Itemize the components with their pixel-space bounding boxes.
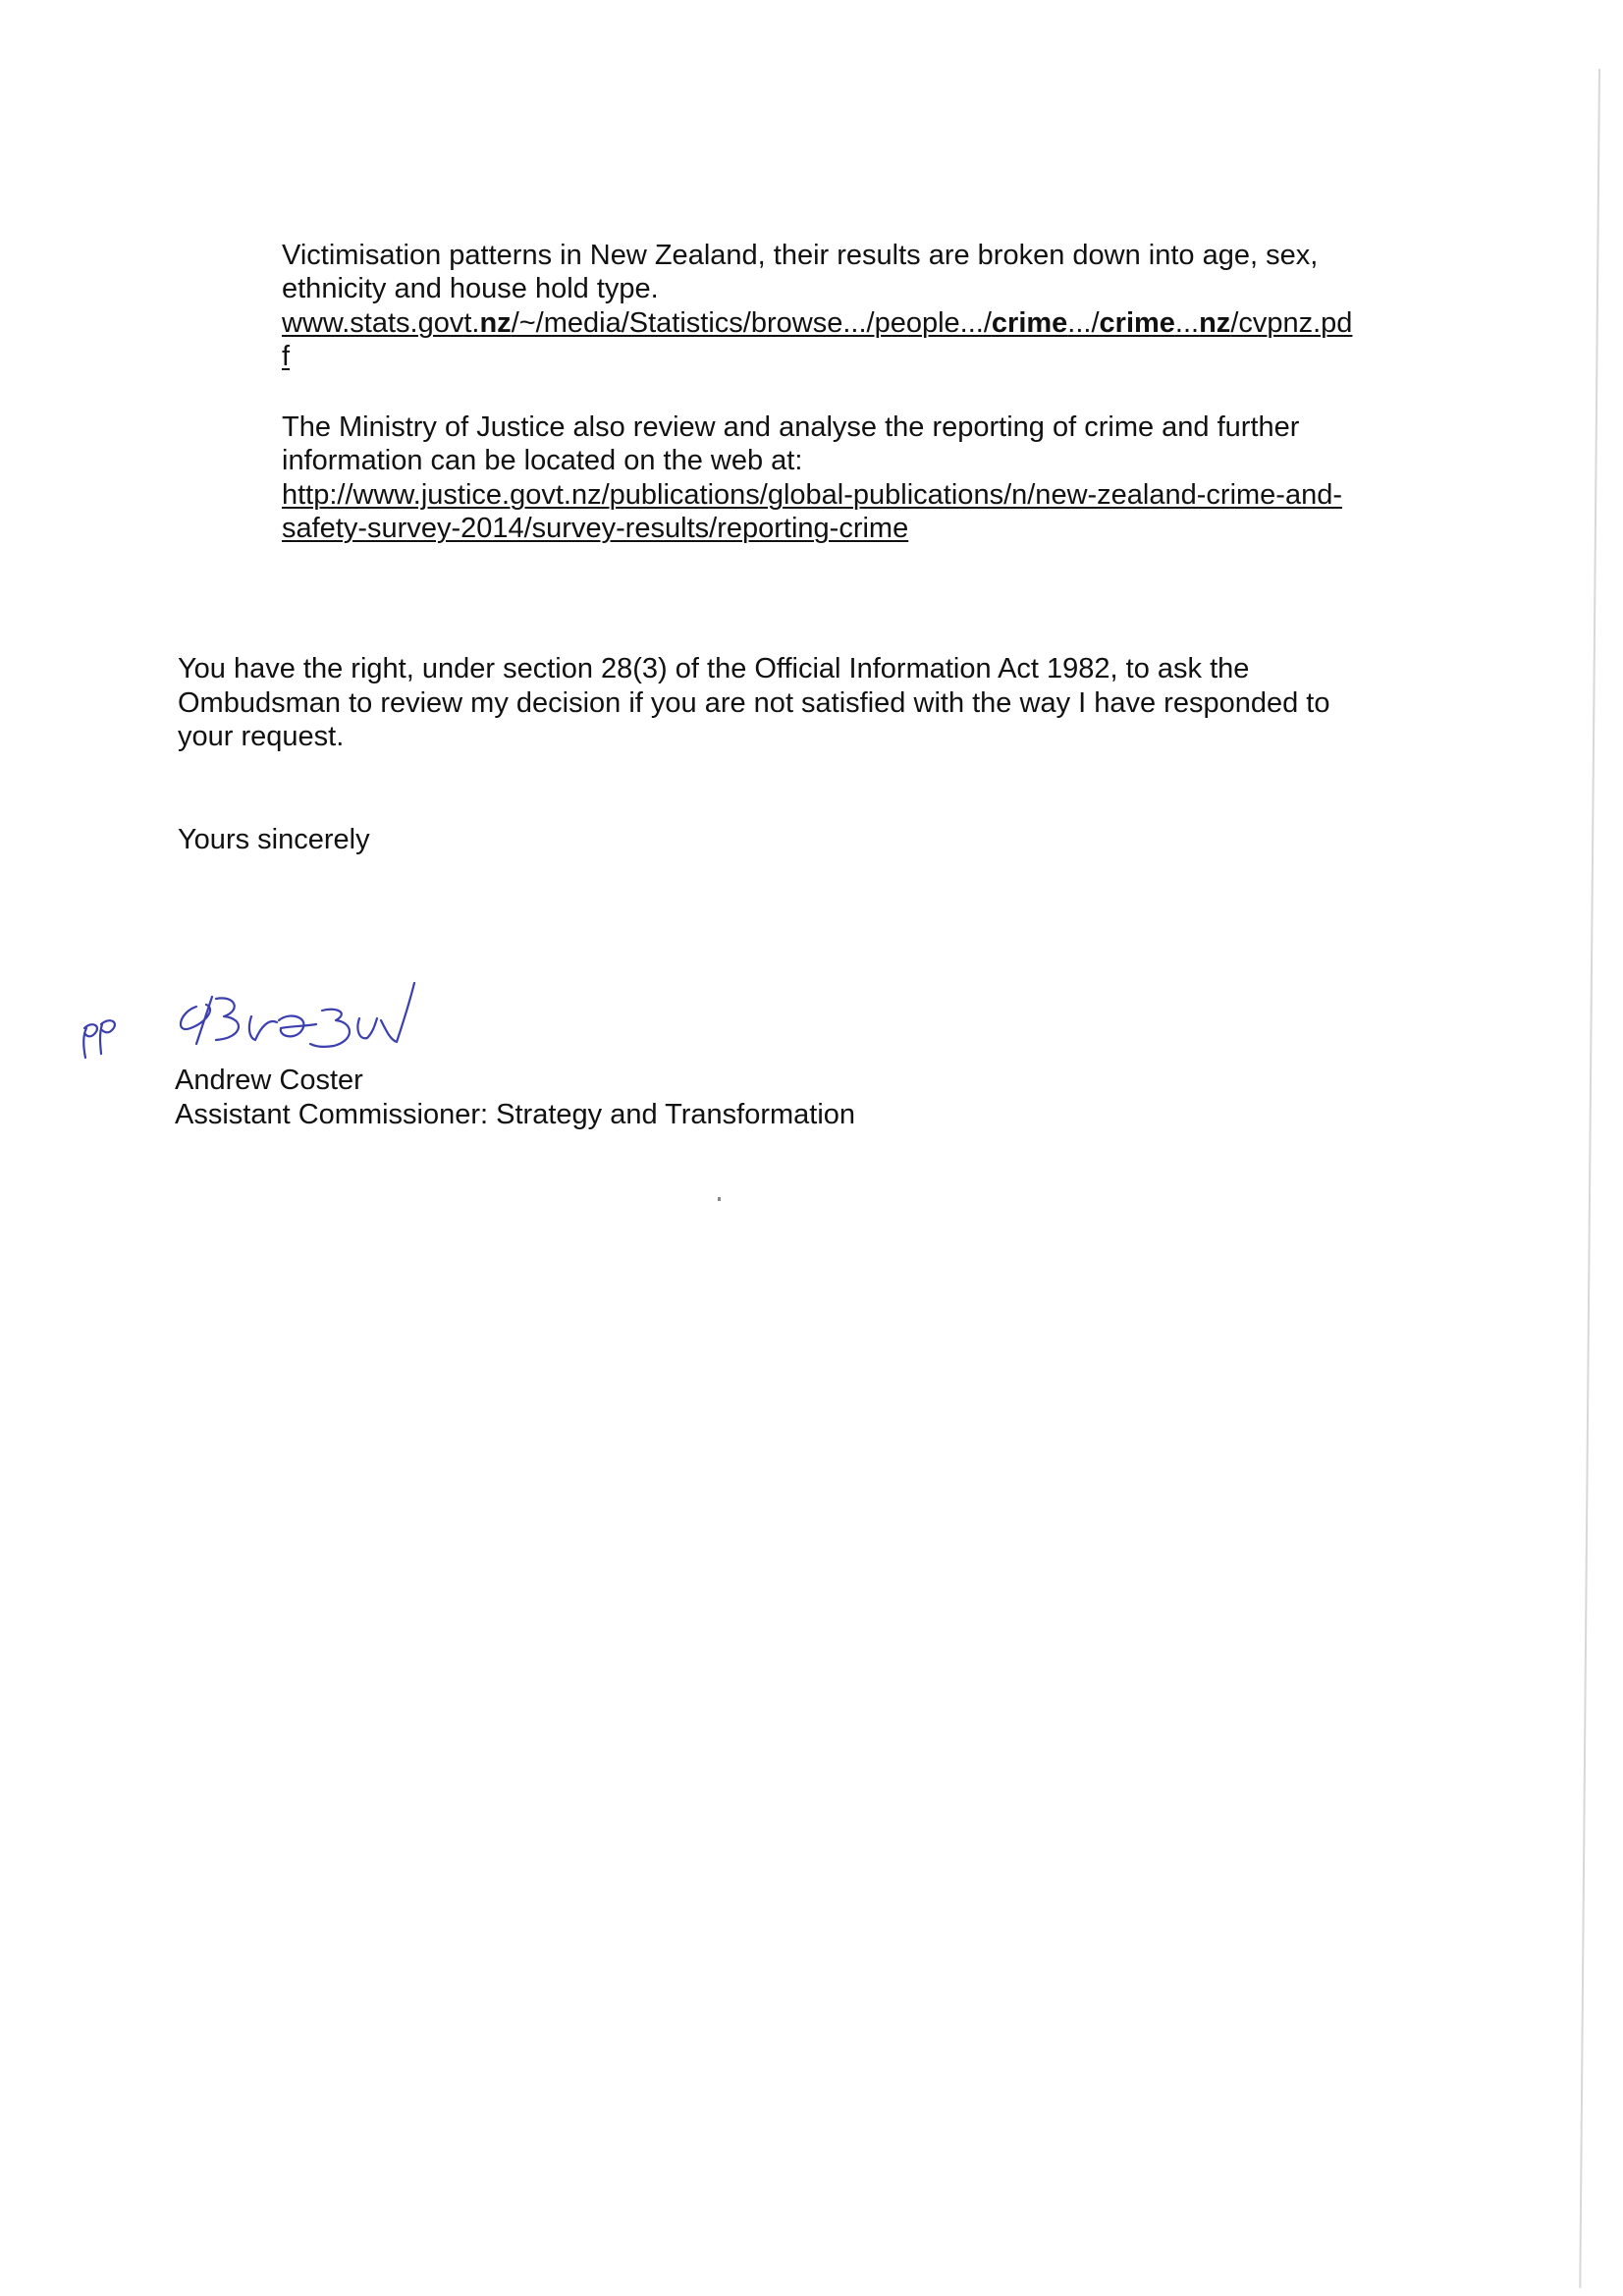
stats-nz-link[interactable]: www.stats.govt.nz/~/media/Statistics/bro… (282, 306, 1352, 340)
stats-nz-link-wrap[interactable]: f (282, 340, 290, 373)
link-segment: www.stats.govt. (282, 307, 479, 339)
link-segment: .../ (1067, 307, 1099, 339)
paragraph-line: Victimisation patterns in New Zealand, t… (282, 239, 1318, 272)
handwritten-signature (69, 967, 579, 1075)
link-segment: /cvpnz.pd (1230, 307, 1352, 339)
link-segment: nz (1199, 307, 1230, 339)
paragraph-line: ethnicity and house hold type. (282, 272, 659, 305)
paragraph-line: The Ministry of Justice also review and … (282, 410, 1299, 444)
paragraph-line: You have the right, under section 28(3) … (178, 652, 1249, 685)
link-segment: ... (1175, 307, 1199, 339)
signatory-name: Andrew Coster (175, 1064, 363, 1097)
paragraph-line: information can be located on the web at… (282, 444, 802, 477)
scan-speck (718, 1197, 721, 1201)
paragraph-line: your request. (178, 720, 344, 753)
paragraph-line: Ombudsman to review my decision if you a… (178, 686, 1329, 720)
link-segment: nz (479, 307, 511, 339)
link-segment: crime (1100, 307, 1175, 339)
justice-link-continued[interactable]: safety-survey-2014/survey-results/report… (282, 512, 908, 545)
link-segment: /~/media/Statistics/browse.../people.../ (512, 307, 992, 339)
justice-link[interactable]: http://www.justice.govt.nz/publications/… (282, 478, 1342, 512)
signatory-title: Assistant Commissioner: Strategy and Tra… (175, 1098, 855, 1131)
link-segment: crime (992, 307, 1067, 339)
closing-salutation: Yours sincerely (178, 823, 370, 856)
scan-edge-line (1579, 69, 1600, 2288)
